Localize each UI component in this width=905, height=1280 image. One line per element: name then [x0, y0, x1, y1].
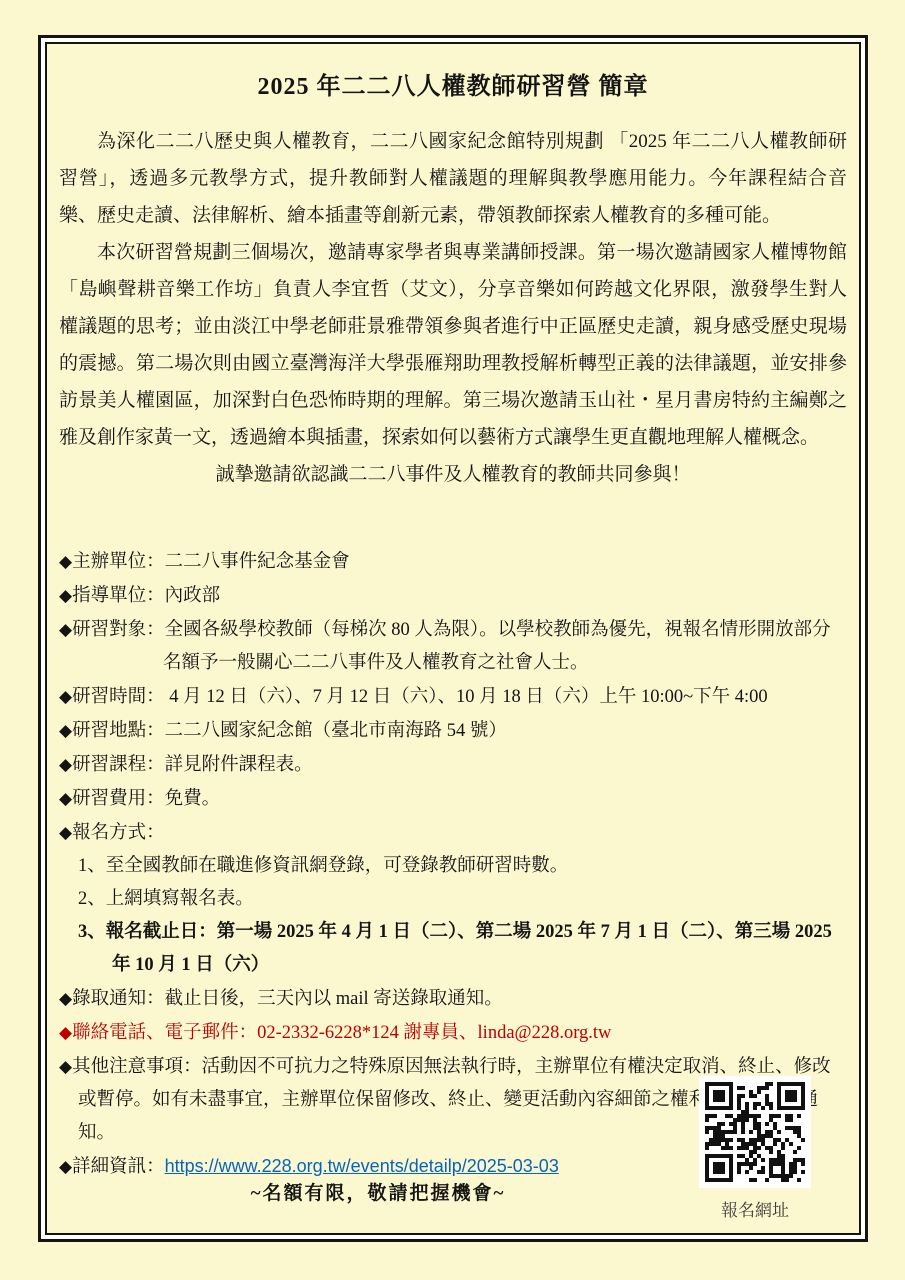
- info-item-fee: ◆研習費用：免費。: [59, 782, 847, 816]
- item-label: 研習地點：: [72, 721, 165, 741]
- info-item-host-unit: ◆主辦單位：二二八事件紀念基金會: [59, 545, 847, 579]
- diamond-bullet-icon: ◆: [59, 620, 72, 639]
- intro-paragraph-2: 本次研習營規劃三個場次，邀請專家學者與專業講師授課。第一場次邀請國家人權博物館「…: [59, 234, 847, 456]
- diamond-bullet-icon: ◆: [59, 989, 72, 1008]
- diamond-bullet-icon: ◆: [59, 586, 72, 605]
- item-label: 研習費用：: [72, 789, 165, 809]
- diamond-bullet-icon: ◆: [59, 552, 72, 571]
- item-label: 研習對象：: [72, 620, 165, 640]
- info-item-advising-unit: ◆指導單位：內政部: [59, 579, 847, 613]
- item-text: 內政部: [165, 586, 221, 606]
- info-item-schedule: ◆研習時間： 4 月 12 日（六）、7 月 12 日（六）、10 月 18 日…: [59, 680, 847, 714]
- item-text: 二二八國家紀念館（臺北市南海路 54 號）: [165, 721, 507, 741]
- document-frame: 2025 年二二八人權教師研習營 簡章 為深化二二八歷史與人權教育，二二八國家紀…: [38, 35, 868, 1242]
- diamond-bullet-icon: ◆: [59, 1023, 72, 1042]
- registration-step-2: 2、上網填寫報名表。: [78, 883, 847, 916]
- item-text: 全國各級學校教師（每梯次 80 人為限）。以學校教師為優先，視報名情形開放部分名…: [163, 620, 831, 673]
- item-label: 詳細資訊：: [72, 1157, 165, 1177]
- diamond-bullet-icon: ◆: [59, 721, 72, 740]
- item-label: 錄取通知：: [72, 989, 165, 1009]
- info-item-contact: ◆聯絡電話、電子郵件：02-2332-6228*124 謝專員、linda@22…: [59, 1016, 847, 1050]
- intro-paragraph-1: 為深化二二八歷史與人權教育，二二八國家紀念館特別規劃 「2025 年二二八人權教…: [59, 123, 847, 234]
- item-label: 其他注意事項：: [72, 1057, 202, 1077]
- diamond-bullet-icon: ◆: [59, 755, 72, 774]
- info-item-location: ◆研習地點：二二八國家紀念館（臺北市南海路 54 號）: [59, 714, 847, 748]
- item-text: 4 月 12 日（六）、7 月 12 日（六）、10 月 18 日（六）上午 1…: [165, 687, 768, 707]
- registration-steps: 1、至全國教師在職進修資訊網登錄，可登錄教師研習時數。 2、上網填寫報名表。 3…: [78, 850, 847, 982]
- document-content: 2025 年二二八人權教師研習營 簡章 為深化二二八歷史與人權教育，二二八國家紀…: [45, 42, 861, 1235]
- qr-code: [699, 1076, 811, 1188]
- item-text: 二二八事件紀念基金會: [165, 552, 350, 572]
- registration-step-1: 1、至全國教師在職進修資訊網登錄，可登錄教師研習時數。: [78, 850, 847, 883]
- invitation-line: 誠摯邀請欲認識二二八事件及人權教育的教師共同參與！: [59, 456, 847, 493]
- diamond-bullet-icon: ◆: [59, 1057, 72, 1076]
- info-item-curriculum: ◆研習課程：詳見附件課程表。: [59, 748, 847, 782]
- diamond-bullet-icon: ◆: [59, 789, 72, 808]
- registration-step-3-deadlines: 3、報名截止日：第一場 2025 年 4 月 1 日（二）、第二場 2025 年…: [78, 916, 847, 982]
- item-label: 聯絡電話、電子郵件：: [72, 1023, 257, 1043]
- item-text: 免費。: [165, 789, 221, 809]
- qr-block: 報名網址: [693, 1076, 817, 1221]
- footer-note: ~名額有限，敬請把握機會~: [47, 1178, 709, 1205]
- info-item-admission-notice: ◆錄取通知：截止日後，三天內以 mail 寄送錄取通知。: [59, 982, 847, 1016]
- item-text: 02-2332-6228*124 謝專員、linda@228.org.tw: [257, 1023, 611, 1043]
- qr-caption: 報名網址: [693, 1196, 817, 1221]
- info-item-target-audience: ◆研習對象：全國各級學校教師（每梯次 80 人為限）。以學校教師為優先，視報名情…: [59, 613, 847, 680]
- diamond-bullet-icon: ◆: [59, 823, 72, 842]
- item-label: 指導單位：: [72, 586, 165, 606]
- item-label: 主辦單位：: [72, 552, 165, 572]
- item-text: 截止日後，三天內以 mail 寄送錄取通知。: [165, 989, 503, 1009]
- flyer-page: 2025 年二二八人權教師研習營 簡章 為深化二二八歷史與人權教育，二二八國家紀…: [0, 0, 905, 1280]
- item-label: 報名方式：: [72, 823, 165, 843]
- info-item-registration: ◆報名方式：: [59, 816, 847, 850]
- details-link[interactable]: https://www.228.org.tw/events/detailp/20…: [165, 1156, 559, 1176]
- item-text: 詳見附件課程表。: [165, 755, 313, 775]
- diamond-bullet-icon: ◆: [59, 1157, 72, 1176]
- item-label: 研習課程：: [72, 755, 165, 775]
- item-label: 研習時間：: [72, 687, 165, 707]
- page-title: 2025 年二二八人權教師研習營 簡章: [59, 66, 847, 101]
- diamond-bullet-icon: ◆: [59, 687, 72, 706]
